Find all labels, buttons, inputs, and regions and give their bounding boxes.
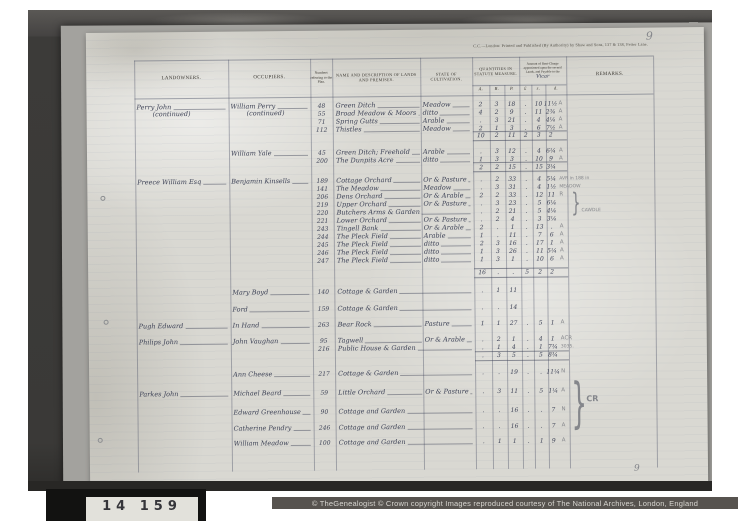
occupier-name: William Yale bbox=[231, 149, 309, 158]
entry-underline bbox=[400, 292, 472, 294]
quantity-r: . bbox=[492, 422, 508, 429]
remark-letter: A bbox=[559, 116, 585, 122]
cultivation-state-text: Arable bbox=[423, 116, 445, 124]
quantity-r: 3 bbox=[488, 100, 504, 107]
cultivation-state: Meadow bbox=[423, 124, 471, 132]
quantity-r: 3 bbox=[491, 388, 507, 395]
entry-underline bbox=[203, 183, 226, 184]
quantity-r: 1 bbox=[492, 438, 508, 445]
total-rent-pence: 2 bbox=[543, 131, 559, 138]
entry-underline bbox=[270, 294, 309, 295]
entry-underline bbox=[291, 445, 311, 446]
entry-underline bbox=[469, 221, 471, 222]
plan-number: 245 bbox=[315, 241, 331, 248]
pencil-margin-mark bbox=[104, 320, 109, 325]
occupier-name: Catherine Pendry bbox=[234, 423, 312, 432]
landowner-name-text: Parkes John bbox=[139, 390, 178, 398]
table-column-rule bbox=[134, 61, 139, 473]
quantity-a: 1 bbox=[475, 320, 491, 327]
entry-underline bbox=[390, 261, 421, 262]
occupier-name-text: Benjamin Kinsells bbox=[231, 177, 290, 186]
cultivation-state-text: ditto bbox=[423, 108, 438, 116]
total-rent-pence: 8¾ bbox=[545, 351, 561, 358]
plan-number: 55 bbox=[314, 110, 330, 117]
pencil-margin-mark bbox=[100, 196, 105, 201]
rent-pence: 6 bbox=[544, 231, 560, 238]
land-description: The Pleck Field bbox=[337, 255, 422, 264]
land-description-text: Bear Rock bbox=[338, 320, 372, 328]
occupier-name-text: Michael Beard bbox=[233, 389, 281, 397]
quantity-a: . bbox=[473, 176, 489, 183]
cultivation-state-text: Or & Pasture bbox=[425, 387, 468, 395]
plan-number: 200 bbox=[314, 158, 330, 165]
entry-underline bbox=[418, 349, 472, 351]
quantity-r: 2 bbox=[490, 215, 506, 222]
plan-number: 71 bbox=[314, 118, 330, 125]
quantity-r: 3 bbox=[489, 116, 505, 123]
occupier-name-text: William Meadow bbox=[234, 439, 289, 448]
quantity-r: 2 bbox=[489, 175, 505, 182]
rent-pence: 3¼ bbox=[544, 215, 560, 222]
plan-number: 220 bbox=[315, 209, 331, 216]
occupier-name: Mary Boyd bbox=[232, 288, 310, 297]
pencil-bracket-cr: } bbox=[571, 376, 587, 430]
entry-underline bbox=[471, 393, 473, 394]
quantity-r: 3 bbox=[490, 239, 506, 246]
occupier-continued: (continued) bbox=[247, 109, 285, 117]
land-description: Cottage & Garden bbox=[338, 368, 473, 377]
entry-underline bbox=[261, 327, 309, 328]
entry-underline bbox=[180, 396, 228, 397]
occupier-name: Michael Beard bbox=[233, 389, 311, 398]
total-quantity-r: 2 bbox=[489, 163, 505, 170]
entry-underline bbox=[408, 443, 473, 445]
remark-letter: A bbox=[561, 319, 587, 325]
land-description: Little Orchard bbox=[338, 388, 423, 397]
land-description-text: Cottage & Garden bbox=[337, 303, 397, 312]
occupier-name-text: Ann Cheese bbox=[233, 370, 272, 378]
reference-number: 14 159 bbox=[102, 499, 182, 514]
quantity-a: . bbox=[475, 369, 491, 376]
landowner-name: Pugh Edward bbox=[139, 322, 229, 331]
occupier-name-text: John Vaughan bbox=[233, 337, 279, 345]
total-rent-pence: 3¼ bbox=[543, 163, 559, 170]
remark-letter: ACR bbox=[561, 335, 587, 341]
land-description: The Dunpits Acre bbox=[336, 156, 421, 165]
archive-photo: C.C.—London: Printed and Published (By A… bbox=[28, 10, 712, 491]
entry-underline bbox=[452, 325, 472, 326]
remark-pencil-note: MEADOW bbox=[559, 183, 629, 189]
rent-pence: 6¼ bbox=[543, 147, 559, 154]
entry-underline bbox=[396, 162, 420, 163]
cultivation-state: ditto bbox=[423, 155, 471, 163]
plan-number: 219 bbox=[314, 201, 330, 208]
rent-pence: 5¼ bbox=[543, 175, 559, 182]
quantity-p: 14 bbox=[505, 303, 521, 310]
entry-underline bbox=[453, 106, 470, 107]
plan-number: 141 bbox=[314, 185, 330, 192]
quantity-r: . bbox=[491, 368, 507, 375]
land-description: Cottage and Garden bbox=[339, 422, 474, 431]
quantity-a: 2 bbox=[472, 101, 488, 108]
total-rent-pence: 2 bbox=[544, 268, 560, 275]
entry-underline bbox=[453, 130, 470, 131]
landowner-name-text: Preece William Esq bbox=[137, 177, 201, 186]
rent-pence: 4¼ bbox=[544, 207, 560, 214]
table-column-rule bbox=[653, 56, 658, 468]
quantity-r: 3 bbox=[490, 255, 506, 262]
cultivation-state-text: ditto bbox=[423, 156, 438, 164]
quantity-r: 3 bbox=[490, 247, 506, 254]
entry-underline bbox=[466, 229, 471, 230]
land-description-text: Thistles bbox=[336, 125, 362, 133]
occupier-name: Edward Greenhouse bbox=[233, 408, 311, 417]
remark-letter: A bbox=[560, 255, 586, 261]
land-description-text: Cottage & Garden bbox=[337, 287, 397, 296]
total-quantity-r: 3 bbox=[491, 352, 507, 359]
entry-underline bbox=[364, 130, 420, 132]
occupier-name-text: Mary Boyd bbox=[232, 288, 268, 296]
entry-underline bbox=[280, 342, 309, 343]
entry-underline bbox=[185, 328, 227, 329]
land-description: Thistles bbox=[336, 124, 421, 133]
occupier-name: Benjamin Kinsells bbox=[231, 176, 309, 185]
rent-pence: 1½ bbox=[543, 183, 559, 190]
total-quantity-a: 16 bbox=[474, 269, 490, 276]
cultivation-state-text: Pasture bbox=[425, 319, 450, 327]
rent-pence: 7 bbox=[545, 406, 561, 413]
total-quantity-r: . bbox=[490, 269, 506, 276]
quantity-a: . bbox=[476, 438, 492, 445]
quantity-r: 2 bbox=[489, 108, 505, 115]
landowner-name-text: Pugh Edward bbox=[139, 322, 184, 330]
land-description-text: Cottage and Garden bbox=[339, 422, 406, 431]
rent-pence: 2¾ bbox=[543, 108, 559, 115]
quantity-r: . bbox=[490, 303, 506, 310]
entry-underline bbox=[374, 326, 422, 327]
occupier-name: Ann Cheese bbox=[233, 369, 311, 378]
land-description-text: Public House & Garden bbox=[338, 343, 416, 352]
screenshot-root: C.C.—London: Printed and Published (By A… bbox=[0, 0, 738, 521]
quantity-a: 1 bbox=[474, 256, 490, 263]
plan-number: 244 bbox=[315, 233, 331, 240]
total-quantity-a: . bbox=[475, 352, 491, 359]
quantity-r: 1 bbox=[491, 320, 507, 327]
plan-number: 221 bbox=[315, 217, 331, 224]
rent-pence: 1¼ bbox=[545, 387, 561, 394]
occupier-name-text: Catherine Pendry bbox=[234, 424, 292, 433]
occupier-name-text: Edward Greenhouse bbox=[233, 408, 300, 417]
rent-pence: 6¼ bbox=[543, 199, 559, 206]
rent-pence: 11 bbox=[543, 191, 559, 198]
occupier-name-text: Ford bbox=[232, 305, 247, 313]
quantity-a: 1 bbox=[474, 232, 490, 239]
rent-pence: . bbox=[544, 223, 560, 230]
cultivation-state-text: Meadow bbox=[423, 183, 451, 191]
document-page: C.C.—London: Printed and Published (By A… bbox=[86, 27, 708, 489]
entry-underline bbox=[469, 205, 471, 206]
total-quantity-a: 2 bbox=[473, 164, 489, 171]
land-description: Cottage & Garden bbox=[337, 303, 472, 312]
quantity-a: 2 bbox=[474, 224, 490, 231]
cultivation-state: ditto bbox=[424, 255, 472, 263]
pencil-bracket-small: } bbox=[571, 190, 580, 216]
copyright-text: © TheGenealogist © Crown copyright Image… bbox=[312, 499, 698, 508]
landowner-name: Parkes John bbox=[139, 390, 229, 399]
cultivation-state-text: Meadow bbox=[423, 124, 451, 132]
entry-underline bbox=[180, 343, 228, 344]
entry-underline bbox=[400, 309, 472, 311]
entry-underline bbox=[274, 375, 310, 376]
plan-number: 45 bbox=[314, 150, 330, 157]
quantity-a: . bbox=[475, 336, 491, 343]
land-description: Bear Rock bbox=[338, 320, 423, 329]
remark-letter: A bbox=[560, 223, 586, 229]
entry-underline bbox=[466, 197, 471, 198]
quantity-a: . bbox=[473, 117, 489, 124]
quantity-a: . bbox=[474, 287, 490, 294]
quantity-r: . bbox=[490, 223, 506, 230]
remark-letter: A bbox=[560, 247, 586, 253]
land-description-text: The Pleck Field bbox=[337, 256, 388, 264]
rent-pence: 6 bbox=[544, 255, 560, 262]
rent-pence: 1 bbox=[544, 239, 560, 246]
occupier-name: William Meadow bbox=[234, 439, 312, 448]
table-layer: Perry John(continued)William Perry(conti… bbox=[86, 27, 708, 489]
remark-letter: A bbox=[559, 147, 585, 153]
plan-number: 246 bbox=[317, 424, 333, 431]
entry-underline bbox=[387, 394, 422, 395]
copyright-bar: © TheGenealogist © Crown copyright Image… bbox=[272, 497, 738, 509]
remark-letter: A bbox=[560, 239, 586, 245]
quantity-a: . bbox=[476, 423, 492, 430]
entry-underline bbox=[440, 161, 470, 162]
quantity-r: 3 bbox=[489, 183, 505, 190]
plan-number: 206 bbox=[314, 193, 330, 200]
rent-pence: 11¼ bbox=[545, 368, 561, 375]
cultivation-state-text: Arable bbox=[424, 231, 446, 239]
landowner-name: Preece William Esq bbox=[137, 177, 227, 186]
entry-underline bbox=[293, 429, 310, 430]
remark-pencil-note: AVR in 188 in bbox=[559, 175, 629, 181]
rent-pence: 1 bbox=[545, 319, 561, 326]
quantity-a: . bbox=[474, 208, 490, 215]
quantity-r: 2 bbox=[491, 335, 507, 342]
quantity-r: 2 bbox=[489, 191, 505, 198]
archive-reference-label: 14 159 bbox=[46, 489, 206, 521]
occupier-name: John Vaughan bbox=[233, 336, 311, 345]
plan-number: 247 bbox=[315, 257, 331, 264]
quantity-a: . bbox=[475, 388, 491, 395]
remark-pencil-note: 3035. bbox=[561, 343, 631, 349]
plan-number: 90 bbox=[316, 409, 332, 416]
landowner-name-text: Philips John bbox=[139, 338, 178, 346]
quantity-p: 11 bbox=[505, 287, 521, 294]
occupier-name-text: In Hand bbox=[233, 321, 260, 329]
pencil-margin-mark bbox=[98, 438, 103, 443]
remark-letter: A bbox=[562, 437, 588, 443]
plan-number: 159 bbox=[315, 305, 331, 312]
entry-underline bbox=[400, 374, 472, 376]
cultivation-state-text: ditto bbox=[424, 239, 439, 247]
entry-underline bbox=[407, 428, 472, 430]
quantity-r: . bbox=[490, 231, 506, 238]
cultivation-state-text: Arable bbox=[423, 148, 445, 156]
quantity-a: 2 bbox=[474, 240, 490, 247]
total-quantity-a: 10 bbox=[473, 132, 489, 139]
cultivation-state: Or & Pasture bbox=[425, 387, 473, 395]
plan-number: 216 bbox=[316, 345, 332, 352]
total-quantity-r: 2 bbox=[489, 132, 505, 139]
entry-underline bbox=[284, 395, 311, 396]
quantity-a: 1 bbox=[474, 248, 490, 255]
plan-number: 112 bbox=[314, 126, 330, 133]
entry-underline bbox=[274, 155, 308, 156]
remark-letter: A bbox=[558, 100, 584, 106]
land-description-text: Cottage and Garden bbox=[338, 407, 405, 416]
occupier-name: Ford bbox=[232, 304, 310, 313]
quantity-r: 1 bbox=[490, 287, 506, 294]
rent-pence: 1 bbox=[545, 335, 561, 342]
land-description: Public House & Garden bbox=[338, 343, 473, 352]
plan-number: 48 bbox=[314, 102, 330, 109]
pencil-cr-label: CR bbox=[586, 394, 598, 403]
land-description-text: Cottage & Garden bbox=[338, 368, 398, 377]
quantity-r: 2 bbox=[490, 207, 506, 214]
occupier-name: In Hand bbox=[233, 321, 311, 330]
plan-number: 246 bbox=[315, 249, 331, 256]
plan-number: 243 bbox=[315, 225, 331, 232]
land-description-text: Cottage and Garden bbox=[339, 438, 406, 447]
entry-underline bbox=[469, 181, 471, 182]
entry-underline bbox=[407, 412, 472, 414]
remark-pencil-note: CAWDLE bbox=[582, 207, 652, 213]
reference-label-strip: 14 159 bbox=[86, 497, 198, 521]
landowner-continued: (continued) bbox=[153, 109, 191, 117]
quantity-r: 3 bbox=[489, 148, 505, 155]
occupier-name-text: William Yale bbox=[231, 149, 272, 157]
plan-number: 100 bbox=[317, 440, 333, 447]
quantity-a: 4 bbox=[473, 109, 489, 116]
plan-number: 95 bbox=[316, 337, 332, 344]
land-description: Cottage and Garden bbox=[338, 406, 473, 415]
land-description-text: Tagwell bbox=[338, 336, 364, 344]
entry-underline bbox=[441, 261, 471, 262]
cultivation-state: Pasture bbox=[425, 319, 473, 327]
quantity-a: 2 bbox=[473, 192, 489, 199]
remark-letter: A bbox=[560, 231, 586, 237]
quantity-a: . bbox=[474, 304, 490, 311]
quantity-a: . bbox=[473, 184, 489, 191]
plan-number: 217 bbox=[316, 370, 332, 377]
rent-pence: 5¼ bbox=[544, 247, 560, 254]
entry-underline bbox=[467, 341, 472, 342]
rent-pence: 7 bbox=[546, 422, 562, 429]
plan-number: 189 bbox=[314, 177, 330, 184]
entry-underline bbox=[412, 154, 420, 155]
land-description: Cottage & Garden bbox=[337, 286, 472, 295]
cultivation-state-text: ditto bbox=[424, 255, 439, 263]
rent-pence: 9 bbox=[546, 437, 562, 444]
plan-number: 59 bbox=[316, 390, 332, 397]
entry-underline bbox=[292, 182, 308, 183]
land-description-text: The Dunpits Acre bbox=[336, 156, 394, 165]
rent-pence: 11½ bbox=[542, 100, 558, 107]
entry-underline bbox=[303, 414, 311, 415]
land-description: Cottage and Garden bbox=[339, 437, 474, 446]
plan-number: 140 bbox=[315, 289, 331, 296]
landowner-name: Philips John bbox=[139, 337, 229, 346]
quantity-a: . bbox=[474, 216, 490, 223]
rent-pence: 4¼ bbox=[543, 116, 559, 123]
plan-number: 263 bbox=[316, 322, 332, 329]
cultivation-state-text: Meadow bbox=[422, 100, 450, 108]
quantity-r: 3 bbox=[489, 199, 505, 206]
quantity-a: . bbox=[473, 148, 489, 155]
land-description-text: Little Orchard bbox=[338, 388, 385, 396]
quantity-r: . bbox=[491, 407, 507, 414]
entry-underline bbox=[250, 310, 310, 312]
entry-underline bbox=[453, 189, 470, 190]
remark-letter: A bbox=[559, 108, 585, 114]
table-column-rule bbox=[228, 60, 233, 472]
cultivation-state-text: ditto bbox=[424, 247, 439, 255]
entry-underline bbox=[418, 114, 419, 115]
quantity-a: . bbox=[473, 200, 489, 207]
quantity-a: . bbox=[475, 407, 491, 414]
